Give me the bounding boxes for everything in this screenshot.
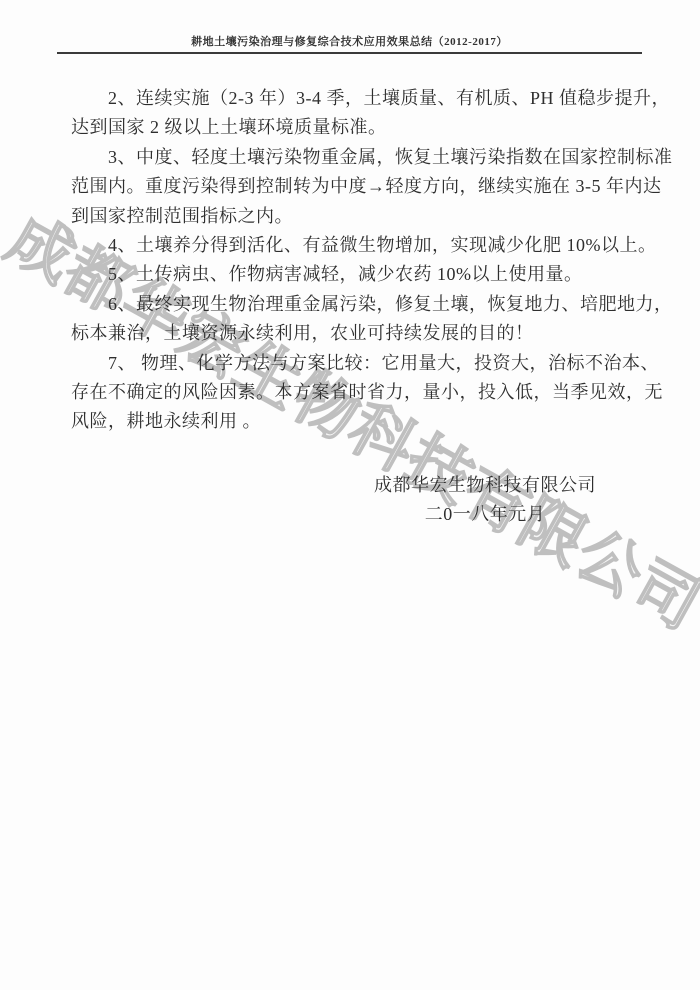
document-page: 耕地土壤污染治理与修复综合技术应用效果总结（2012-2017） 成都华宏生物科… — [0, 0, 700, 990]
paragraph-7-line-2: 存在不确定的风险因素。本方案省时省力，量小，投入低，当季见效，无 — [71, 378, 636, 407]
document-body: 2、连续实施（2-3 年）3-4 季，土壤质量、有机质、PH 值稳步提升， 达到… — [71, 84, 636, 437]
paragraph-2-line-1: 2、连续实施（2-3 年）3-4 季，土壤质量、有机质、PH 值稳步提升， — [71, 84, 636, 113]
paragraph-7-line-1: 7、 物理、化学方法与方案比较：它用量大，投资大，治标不治本、 — [71, 349, 636, 378]
paragraph-3-line-1: 3、中度、轻度土壤污染物重金属，恢复土壤污染指数在国家控制标准 — [71, 143, 636, 172]
page-header: 耕地土壤污染治理与修复综合技术应用效果总结（2012-2017） — [57, 33, 642, 54]
paragraph-6-line-1: 6、最终实现生物治理重金属污染，修复土壤，恢复地力、培肥地力， — [71, 290, 636, 319]
paragraph-3-line-3: 到国家控制范围指标之内。 — [71, 202, 636, 231]
header-title: 耕地土壤污染治理与修复综合技术应用效果总结（2012-2017） — [191, 36, 508, 48]
paragraph-2-line-2: 达到国家 2 级以上土壤环境质量标准。 — [71, 113, 636, 142]
signature-date: 二0一八年元月 — [290, 500, 680, 529]
signature-block: 成都华宏生物科技有限公司 二0一八年元月 — [290, 471, 680, 530]
paragraph-4-line-1: 4、土壤养分得到活化、有益微生物增加，实现减少化肥 10%以上。 — [71, 231, 636, 260]
paragraph-6-line-2: 标本兼治，土壤资源永续利用，农业可持续发展的目的！ — [71, 319, 636, 348]
signature-company: 成都华宏生物科技有限公司 — [290, 471, 680, 500]
paragraph-3-line-2: 范围内。重度污染得到控制转为中度→轻度方向，继续实施在 3-5 年内达 — [71, 172, 636, 201]
paragraph-5-line-1: 5、土传病虫、作物病害减轻，减少农药 10%以上使用量。 — [71, 260, 636, 289]
paragraph-7-line-3: 风险，耕地永续利用 。 — [71, 407, 636, 436]
